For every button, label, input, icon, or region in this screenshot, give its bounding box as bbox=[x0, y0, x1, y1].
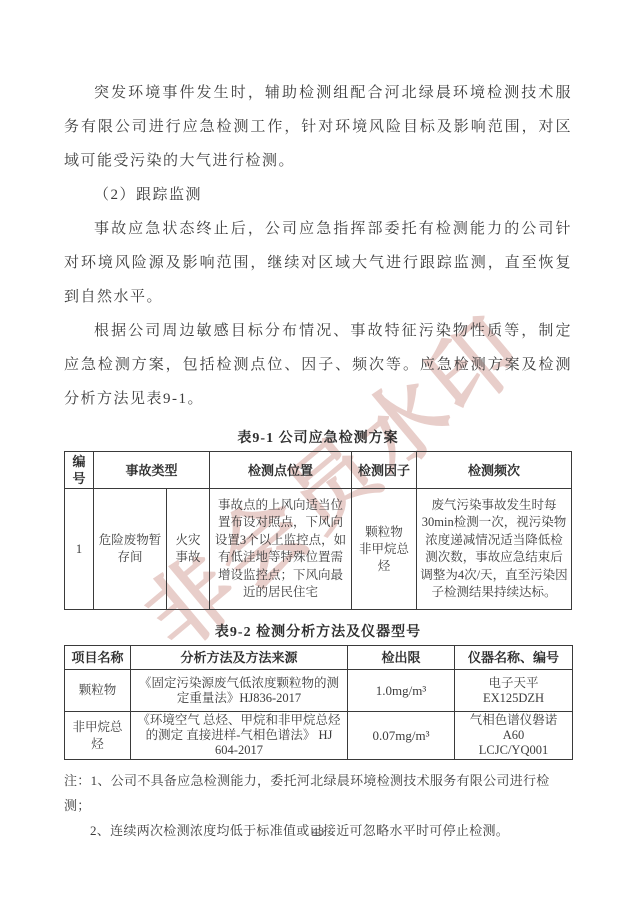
cell-instrument: 气相色谱仪磐诺 A60 LCJC/YQ001 bbox=[455, 712, 573, 760]
column-header-item-name: 项目名称 bbox=[65, 646, 131, 670]
paragraph: 事故应急状态终止后，公司应急指挥部委托有检测能力的公司针对环境风险源及影响范围，… bbox=[64, 212, 572, 314]
cell-method: 《固定污染源废气低浓度颗粒物的测定重量法》HJ836-2017 bbox=[131, 670, 348, 712]
column-header-method: 分析方法及方法来源 bbox=[131, 646, 348, 670]
cell-accident-kind: 火灾事故 bbox=[167, 489, 210, 610]
column-header-instrument: 仪器名称、编号 bbox=[455, 646, 573, 670]
table-row: 非甲烷总烃 《环境空气 总烃、甲烷和非甲烷总烃的测定 直接进样-气相色谱法》 H… bbox=[65, 712, 573, 760]
cell-frequency: 废气污染事故发生时每30min检测一次，视污染物浓度递减情况适当降低检测次数，事… bbox=[417, 489, 572, 610]
column-header-location: 检测点位置 bbox=[210, 452, 352, 489]
table-row: 1 危险废物暂存间 火灾事故 事故点的上风向适当位置布设对照点，下风向设置3个以… bbox=[65, 489, 572, 610]
column-header-detection-limit: 检出限 bbox=[348, 646, 455, 670]
cell-factor: 颗粒物 非甲烷总烃 bbox=[352, 489, 417, 610]
table-9-1: 编号 事故类型 检测点位置 检测因子 检测频次 1 危险废物暂存间 火灾事故 事… bbox=[64, 451, 572, 610]
cell-method: 《环境空气 总烃、甲烷和非甲烷总烃的测定 直接进样-气相色谱法》 HJ 604-… bbox=[131, 712, 348, 760]
column-header-no: 编号 bbox=[65, 452, 94, 489]
column-header-factor: 检测因子 bbox=[352, 452, 417, 489]
cell-item-name: 非甲烷总烃 bbox=[65, 712, 131, 760]
cell-detection-limit: 0.07mg/m³ bbox=[348, 712, 455, 760]
cell-detection-limit: 1.0mg/m³ bbox=[348, 670, 455, 712]
table-9-2: 项目名称 分析方法及方法来源 检出限 仪器名称、编号 颗粒物 《固定污染源废气低… bbox=[64, 645, 573, 760]
column-header-accident-type: 事故类型 bbox=[94, 452, 210, 489]
cell-item-name: 颗粒物 bbox=[65, 670, 131, 712]
note-line: 注：1、公司不具备应急检测能力，委托河北绿晨环境检测技术服务有限公司进行检测； bbox=[64, 768, 572, 818]
column-header-frequency: 检测频次 bbox=[417, 452, 572, 489]
document-page: 突发环境事件发生时，辅助检测组配合河北绿晨环境检测技术服务有限公司进行应急检测工… bbox=[64, 76, 572, 843]
cell-no: 1 bbox=[65, 489, 94, 610]
section-heading: （2）跟踪监测 bbox=[64, 178, 572, 212]
page-number: 48 bbox=[0, 824, 636, 839]
table-9-1-title: 表9-1 公司应急检测方案 bbox=[64, 427, 572, 447]
cell-accident-source: 危险废物暂存间 bbox=[94, 489, 167, 610]
paragraph: 根据公司周边敏感目标分布情况、事故特征污染物性质等，制定应急检测方案，包括检测点… bbox=[64, 314, 572, 416]
table-9-2-title: 表9-2 检测分析方法及仪器型号 bbox=[64, 621, 572, 641]
cell-location: 事故点的上风向适当位置布设对照点，下风向设置3个以上监控点，如有低洼地等特殊位置… bbox=[210, 489, 352, 610]
cell-instrument: 电子天平 EX125DZH bbox=[455, 670, 573, 712]
paragraph: 突发环境事件发生时，辅助检测组配合河北绿晨环境检测技术服务有限公司进行应急检测工… bbox=[64, 76, 572, 178]
table-row: 颗粒物 《固定污染源废气低浓度颗粒物的测定重量法》HJ836-2017 1.0m… bbox=[65, 670, 573, 712]
